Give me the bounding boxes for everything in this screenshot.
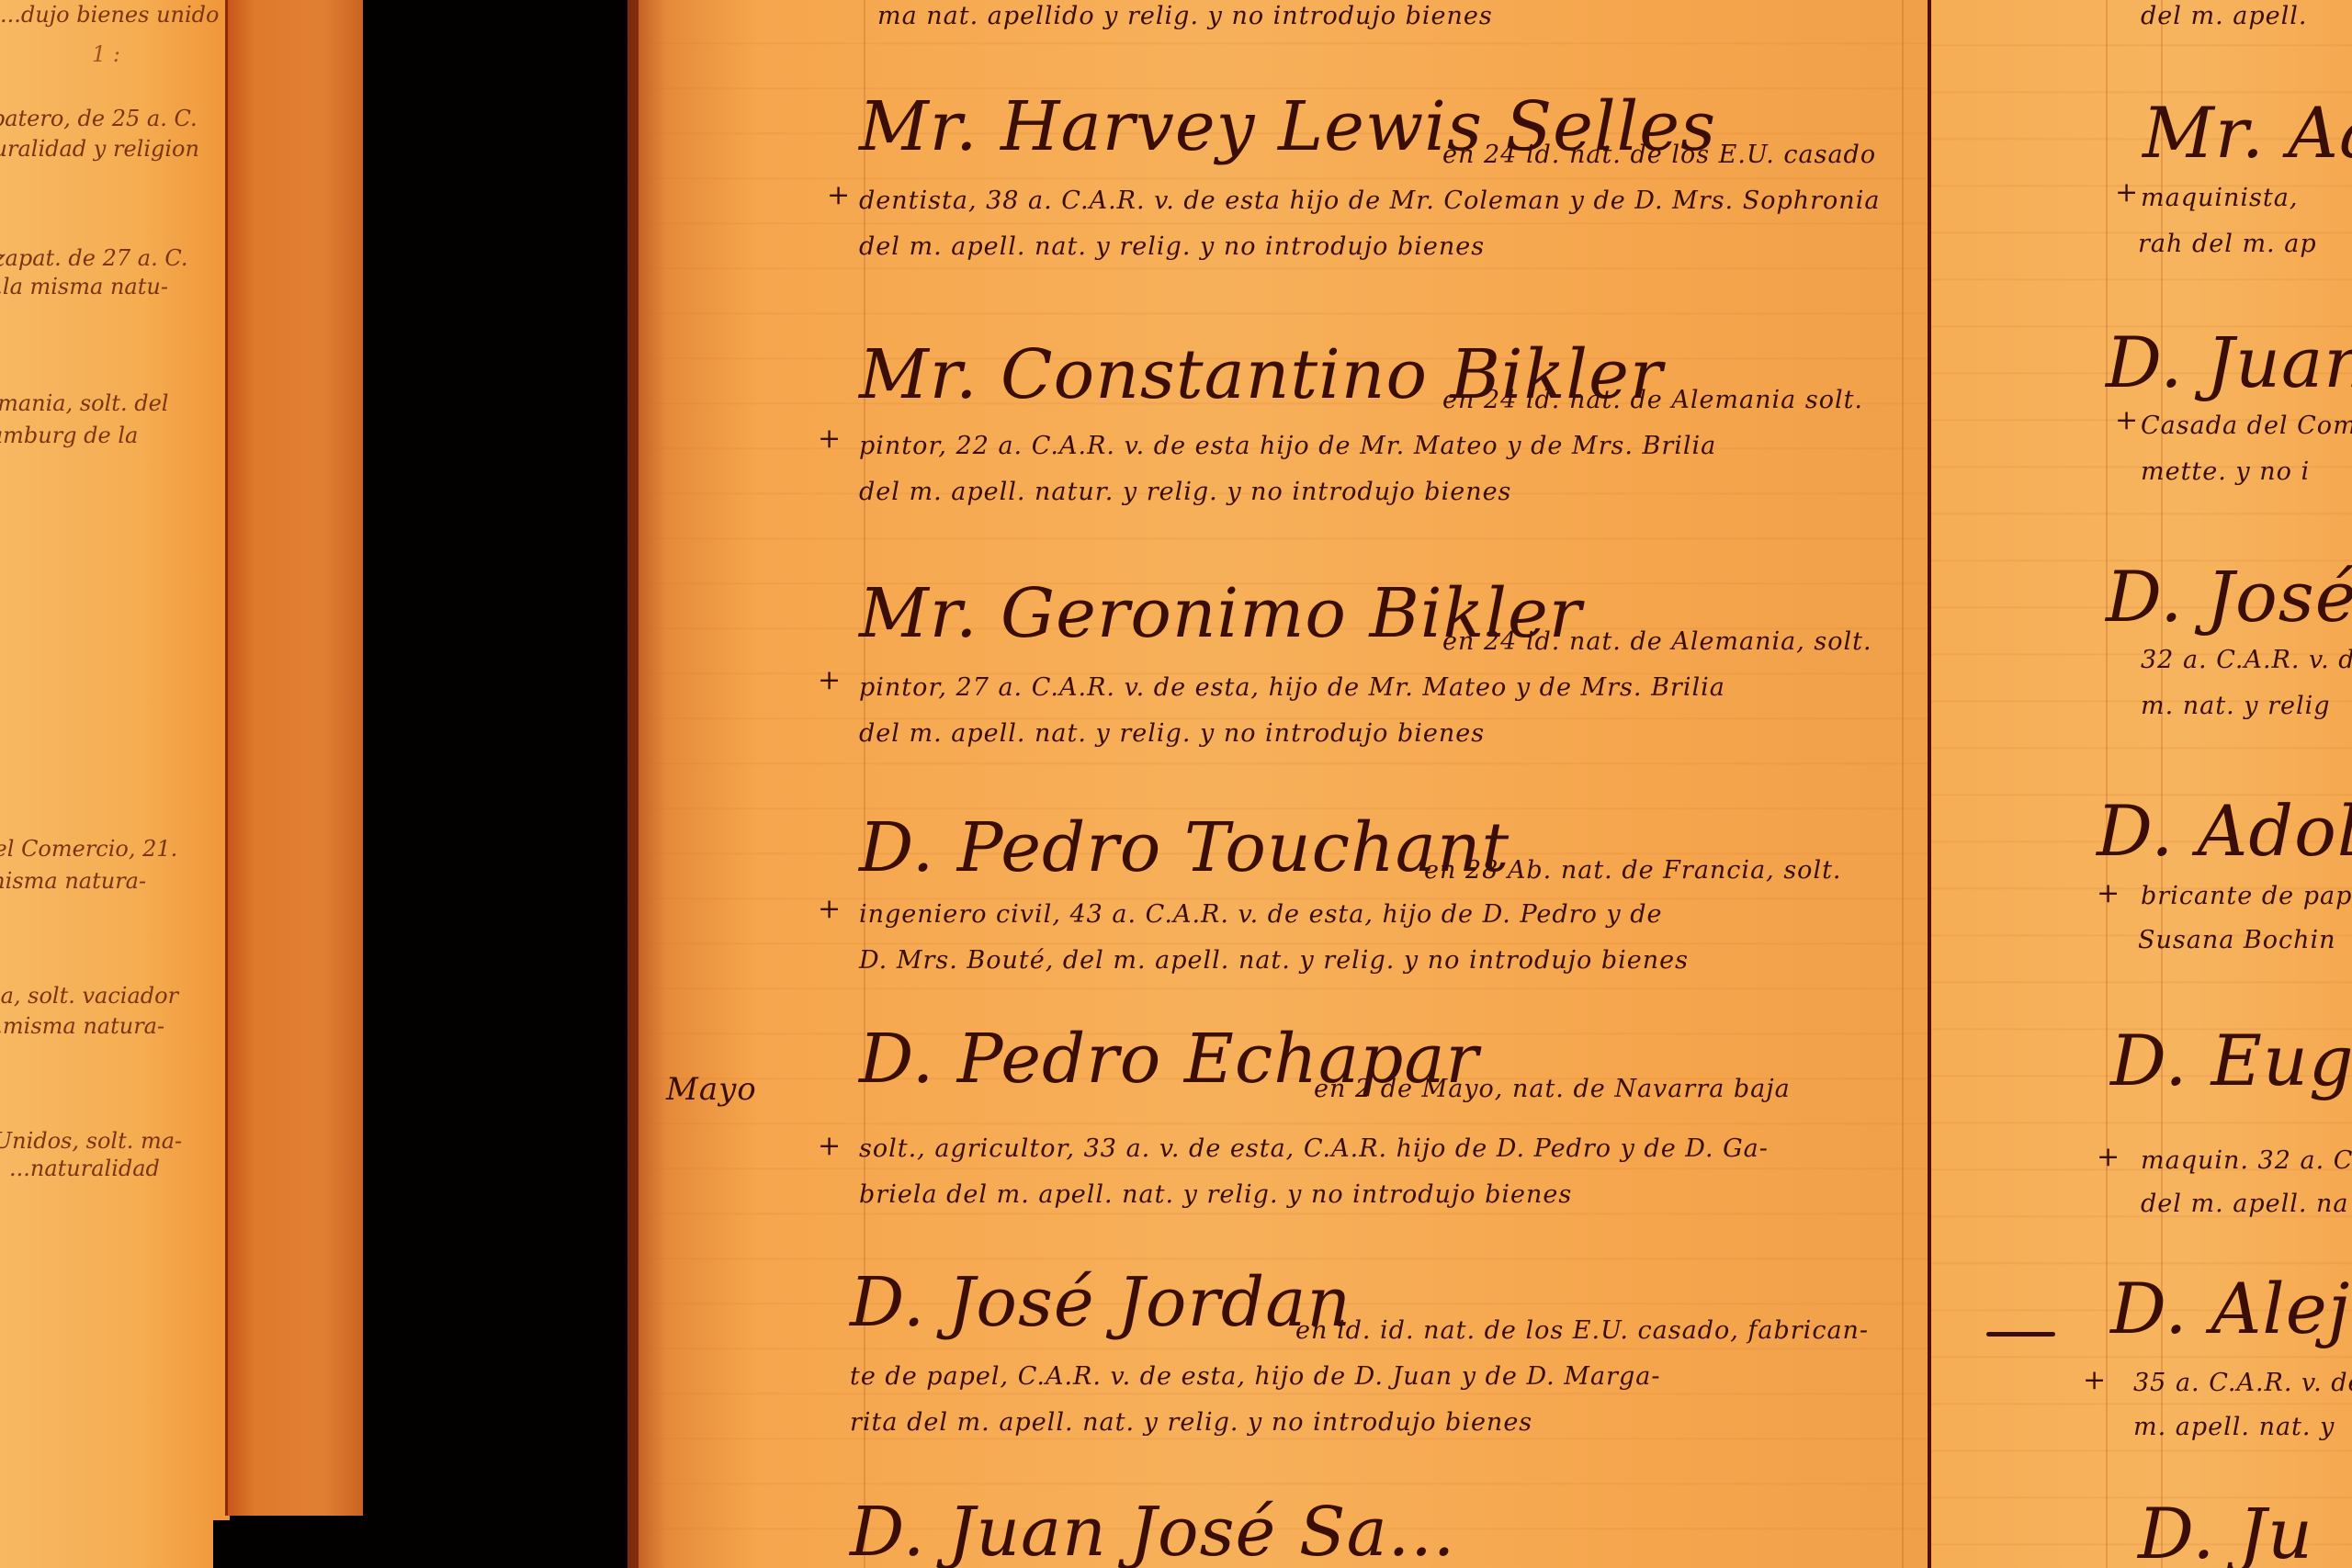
dash-mark: [1986, 1332, 2055, 1337]
cross-mark-icon: +: [818, 664, 841, 696]
cross-mark-icon: +: [2097, 877, 2120, 909]
entry-line-2: ingeniero civil, 43 a. C.A.R. v. de esta…: [859, 900, 1663, 929]
entry-line-1: 35 a. C.A.R. v. de: [2133, 1369, 2352, 1397]
entry-line-2: m. apell. nat. y: [2133, 1413, 2335, 1441]
main-top-line: ma nat. apellido y relig. y no introdujo…: [877, 2, 1493, 30]
entry-line-2: Susana Bochin: [2138, 926, 2336, 954]
entry-line-1: maquin. 32 a. C: [2141, 1146, 2352, 1175]
entry-line-1: maquinista,: [2141, 184, 2298, 212]
column-rule: [2106, 0, 2108, 1568]
left-line: ...zapat. de 27 a. C.: [0, 245, 187, 271]
left-line: ...la misma natu-: [0, 274, 168, 299]
left-line: ...zapatero, de 25 a. C.: [0, 106, 198, 131]
right-page: del m. apell. Mr. Aaron + maquinista, ra…: [1931, 0, 2352, 1568]
left-line: ...Hamburg de la: [0, 423, 138, 448]
cross-mark-icon: +: [827, 179, 850, 211]
cross-mark-icon: +: [2083, 1364, 2106, 1396]
entry-line-2: rah del m. ap: [2138, 230, 2317, 258]
column-rule: [1902, 0, 1904, 1568]
entry-line-2: te de papel, C.A.R. v. de esta, hijo de …: [850, 1362, 1660, 1391]
entry-name: D. José Jordan: [850, 1263, 1351, 1342]
entry-line-2: del m. apell. na: [2141, 1190, 2349, 1218]
entry-name: D. Alejo: [2110, 1268, 2352, 1349]
left-line: ...misma natura-: [0, 1013, 164, 1039]
entry-line-2: dentista, 38 a. C.A.R. v. de esta hijo d…: [859, 186, 1880, 215]
right-top-line: del m. apell.: [2141, 2, 2307, 30]
entry-line-1: Casada del Com: [2141, 412, 2352, 440]
cross-mark-icon: +: [2115, 176, 2138, 209]
entry-line-2: pintor, 22 a. C.A.R. v. de esta hijo de …: [859, 432, 1716, 460]
entry-line-3: briela del m. apell. nat. y relig. y no …: [859, 1180, 1572, 1209]
background-gap: [213, 1520, 636, 1568]
cross-mark-icon: +: [2115, 404, 2138, 436]
entry-line-3: rita del m. apell. nat. y relig. y no in…: [850, 1408, 1532, 1437]
left-line: ...dujo bienes unido: [0, 2, 219, 28]
cross-mark-icon: +: [818, 423, 841, 455]
cross-mark-icon: +: [2097, 1141, 2120, 1173]
left-line: ...emania, solt. del: [0, 390, 168, 416]
entry-line-1: bricante de pap: [2141, 882, 2352, 910]
entry-line-3: del m. apell. nat. y relig. y no introdu…: [859, 719, 1485, 748]
page-edge: [225, 0, 366, 1516]
entry-name: D. Juan José Sa...: [850, 1493, 1455, 1568]
entry-line-2: m. nat. y relig: [2141, 692, 2331, 720]
entry-name: D. Juan: [2106, 321, 2352, 403]
entry-name: D. Eugen: [2110, 1020, 2352, 1101]
background-gap: [363, 0, 629, 1568]
entry-line-1: en 24 id. nat. de Alemania solt.: [1442, 386, 1863, 414]
entry-line-3: del m. apell. natur. y relig. y no intro…: [859, 478, 1511, 506]
left-line: ...turalidad y religion: [0, 136, 199, 162]
left-line: 1 :: [92, 41, 120, 67]
entry-line-3: del m. apell. nat. y relig. y no introdu…: [859, 232, 1485, 261]
left-line: ...Unidos, solt. ma-: [0, 1128, 182, 1154]
left-line: ...naturalidad: [9, 1156, 160, 1181]
left-page: ...dujo bienes unido 1 : ...zapatero, de…: [0, 0, 230, 1568]
entry-line-1: en 2 de Mayo, nat. de Navarra baja: [1314, 1075, 1791, 1103]
entry-line-2: solt., agricultor, 33 a. v. de esta, C.A…: [859, 1134, 1769, 1163]
entry-line-2: pintor, 27 a. C.A.R. v. de esta, hijo de…: [859, 673, 1725, 702]
entry-line-1: 32 a. C.A.R. v. d: [2141, 646, 2352, 674]
entry-line-1: en id. id. nat. de los E.U. casado, fabr…: [1295, 1316, 1869, 1345]
entry-name: D. José: [2106, 556, 2352, 637]
left-line: ...ia, solt. vaciador: [0, 983, 178, 1009]
left-line: ...misma natura-: [0, 868, 146, 894]
entry-line-1: en 28 Ab. nat. de Francia, solt.: [1424, 856, 1842, 885]
entry-name: D. Ju: [2138, 1493, 2313, 1568]
left-line: ...l del Comercio, 21.: [0, 836, 177, 862]
entry-line-2: mette. y no i: [2141, 457, 2310, 486]
page-binding: [628, 0, 639, 1568]
entry-line-1: en 24 id. nat. de Alemania, solt.: [1442, 627, 1872, 656]
cross-mark-icon: +: [818, 893, 841, 925]
cross-mark-icon: +: [818, 1130, 841, 1162]
entry-name: Mr. Aaron: [2143, 92, 2352, 174]
entry-name: D. Pedro Touchant: [859, 808, 1510, 887]
entry-line-3: D. Mrs. Bouté, del m. apell. nat. y reli…: [859, 946, 1689, 975]
entry-name: D. Adolfo: [2097, 790, 2352, 872]
margin-note: Mayo: [666, 1071, 757, 1108]
entry-line-1: en 24 id. nat. de los E.U. casado: [1442, 141, 1876, 169]
